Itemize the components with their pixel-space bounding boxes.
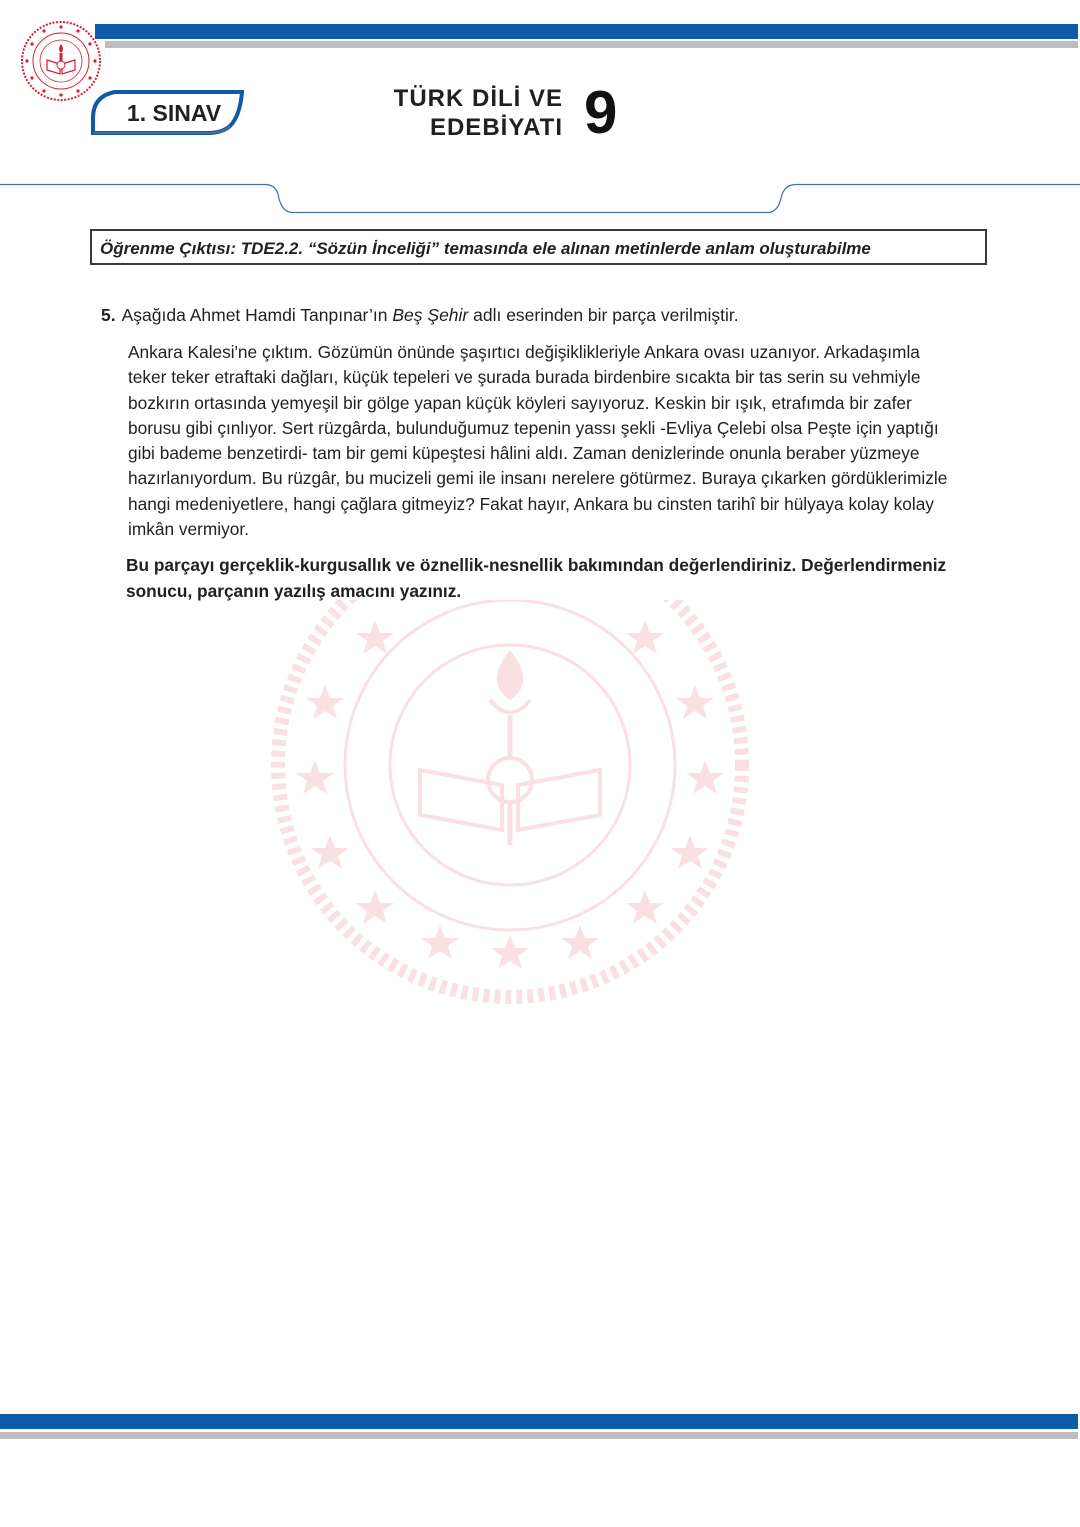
passage-line: bozkırın ortasında yemyeşil bir gölge ya… (128, 391, 1008, 416)
learning-outcome-box: Öğrenme Çıktısı: TDE2.2. “Sözün İnceliği… (90, 229, 987, 265)
question-number: 5. (101, 305, 116, 325)
work-title: Beş Şehir (392, 305, 468, 325)
passage-line: gibi bademe benzetirdi- tam bir gemi küp… (128, 441, 1008, 466)
passage-line: teker teker etraftaki dağları, küçük tep… (128, 365, 1008, 390)
question-intro-before: Aşağıda Ahmet Hamdi Tanpınar’ın (122, 305, 393, 325)
passage-text: Ankara Kalesi'ne çıktım. Gözümün önünde … (128, 340, 1008, 542)
exam-label: 1. SINAV (90, 88, 250, 136)
subject-title: TÜRK DİLİ VE EDEBİYATI (330, 84, 563, 142)
subject-line-1: TÜRK DİLİ VE (330, 84, 563, 113)
question-intro: 5.Aşağıda Ahmet Hamdi Tanpınar’ın Beş Şe… (101, 304, 739, 326)
header-blue-bar (95, 24, 1078, 39)
meb-seal-watermark-icon (270, 600, 750, 1020)
subject-line-2: EDEBİYATI (330, 113, 563, 142)
footer-grey-bar (0, 1432, 1078, 1439)
passage-line: imkân vermiyor. (128, 517, 1008, 542)
grade-number: 9 (584, 78, 617, 148)
passage-line: borusu gibi çınlıyor. Sert rüzgârda, bul… (128, 416, 1008, 441)
question-instruction: Bu parçayı gerçeklik-kurgusallık ve özne… (126, 552, 1006, 604)
passage-line: hangi medeniyetlere, hangi çağlara gitme… (128, 492, 1008, 517)
header-divider-curve (0, 180, 1080, 220)
instruction-line: sonucu, parçanın yazılış amacını yazınız… (126, 578, 1006, 604)
exam-number-tab: 1. SINAV (90, 88, 245, 136)
header-grey-bar (105, 41, 1078, 48)
footer-blue-bar (0, 1414, 1078, 1429)
learning-outcome-text: Öğrenme Çıktısı: TDE2.2. “Sözün İnceliği… (100, 231, 871, 267)
question-intro-after: adlı eserinden bir parça verilmiştir. (468, 305, 738, 325)
instruction-line: Bu parçayı gerçeklik-kurgusallık ve özne… (126, 552, 1006, 578)
passage-line: hazırlanıyordum. Bu rüzgâr, bu mucizeli … (128, 466, 1008, 491)
passage-line: Ankara Kalesi'ne çıktım. Gözümün önünde … (128, 340, 1008, 365)
